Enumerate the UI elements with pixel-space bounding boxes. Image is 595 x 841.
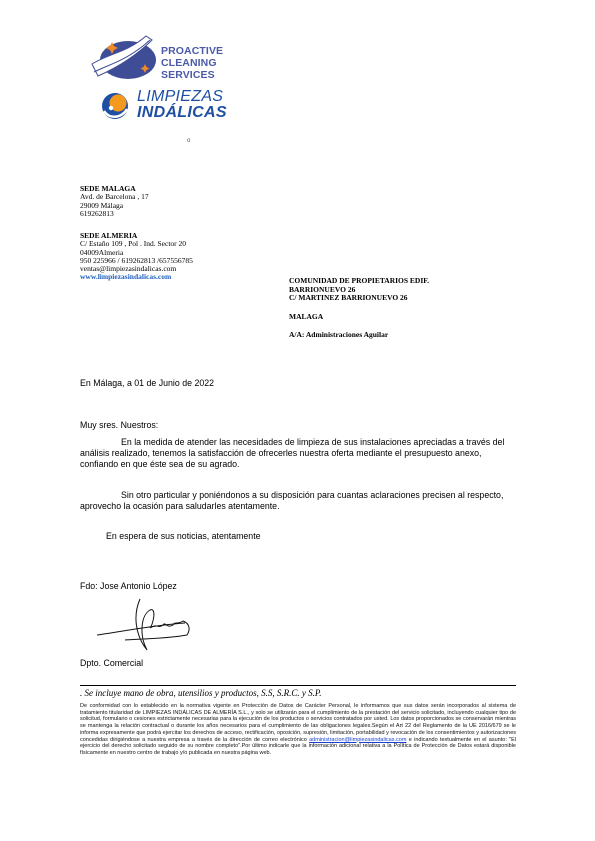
signed-by: Fdo: Jose Antonio López bbox=[80, 581, 177, 592]
logo-line: SERVICES bbox=[161, 69, 223, 81]
paragraph-1: En la medida de atender las necesidades … bbox=[80, 437, 522, 470]
recipient-street: C/ MARTINEZ BARRIONUEVO 26 bbox=[289, 294, 429, 303]
signature-image bbox=[95, 595, 195, 655]
paragraph-2: Sin otro particular y poniéndonos a su d… bbox=[80, 490, 522, 512]
sede-phone: 619262813 bbox=[80, 210, 149, 218]
department: Dpto. Comercial bbox=[80, 658, 143, 669]
indalicas-logo-text: LIMPIEZAS INDÁLICAS bbox=[137, 89, 227, 121]
includes-note: . Se incluye mano de obra, utensilios y … bbox=[80, 688, 321, 698]
website-link[interactable]: www.limpiezasindalicas.com bbox=[80, 273, 193, 281]
salutation: Muy sres. Nuestros: bbox=[80, 420, 158, 431]
paragraph-text: Sin otro particular y poniéndonos a su d… bbox=[80, 490, 503, 511]
proactive-logo-text: PROACTIVE CLEANING SERVICES bbox=[161, 45, 223, 81]
recipient-city: MALAGA bbox=[289, 313, 429, 322]
recipient-block: COMUNIDAD DE PROPIETARIOS EDIF. BARRIONU… bbox=[289, 277, 429, 340]
logo-line: LIMPIEZAS bbox=[137, 89, 227, 105]
footer-divider bbox=[80, 685, 516, 686]
logo-line: PROACTIVE bbox=[161, 45, 223, 57]
paragraph-text: En la medida de atender las necesidades … bbox=[80, 437, 504, 469]
legal-notice: De conformidad con lo establecido en la … bbox=[80, 703, 516, 757]
sede-malaga: SEDE MALAGA Avd. de Barcelona , 17 29009… bbox=[80, 185, 149, 218]
logo-line: CLEANING bbox=[161, 57, 223, 69]
logo-line: INDÁLICAS bbox=[137, 105, 227, 121]
small-mark: o bbox=[187, 138, 190, 144]
recipient-attention: A/A: Administraciones Aguilar bbox=[289, 331, 429, 340]
legal-email-link[interactable]: administracion@limpiezasindalicas.com bbox=[309, 737, 406, 743]
sede-almeria: SEDE ALMERIA C/ Estaño 109 , Pol . Ind. … bbox=[80, 232, 193, 282]
closing: En espera de sus noticias, atentamente bbox=[106, 531, 261, 542]
date-line: En Málaga, a 01 de Junio de 2022 bbox=[80, 378, 214, 389]
